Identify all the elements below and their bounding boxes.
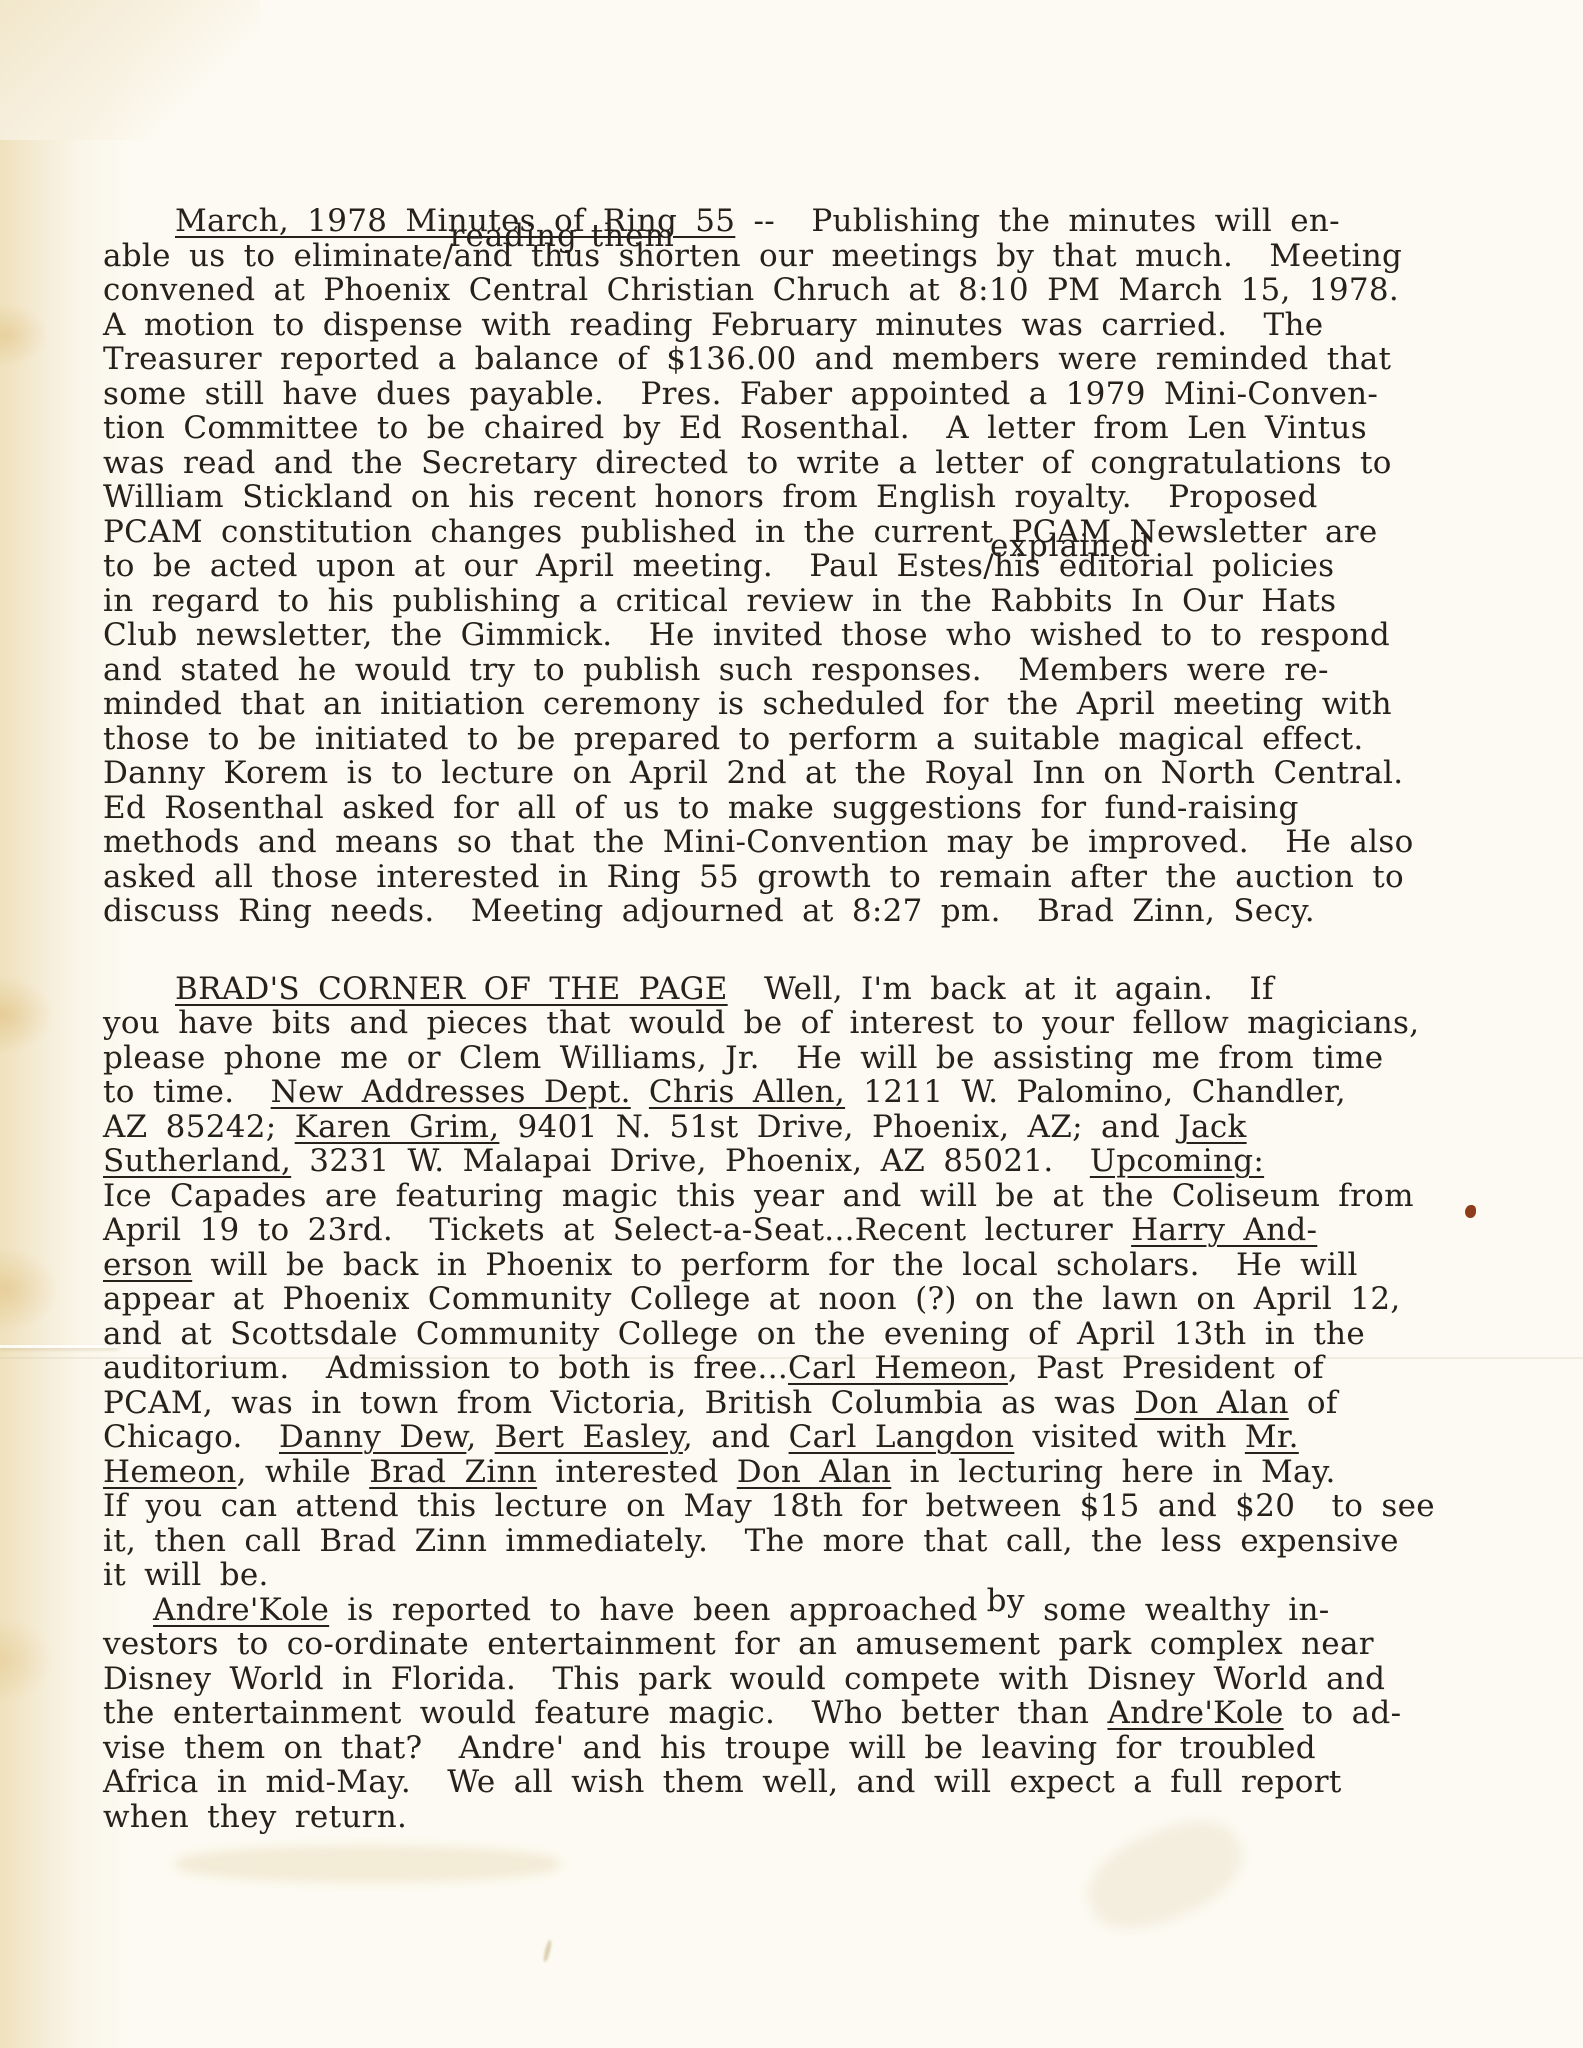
- text-line: minded that an initiation ceremony is sc…: [103, 687, 1495, 722]
- text-line: AZ 85242; Karen Grim, 9401 N. 51st Drive…: [103, 1110, 1495, 1145]
- text-run: to be acted upon at our April meeting. P…: [103, 548, 994, 584]
- text-run: visited with: [1014, 1419, 1245, 1455]
- underlined-text: Don Alan: [737, 1454, 892, 1490]
- text-run: you have bits and pieces that would be o…: [103, 1005, 1419, 1041]
- text-line: A motion to dispense with reading Februa…: [103, 308, 1495, 343]
- text-line: Ice Capades are featuring magic this yea…: [103, 1179, 1495, 1214]
- typed-insertion: reading them: [450, 219, 675, 254]
- text-line: Danny Korem is to lecture on April 2nd a…: [103, 756, 1495, 791]
- underlined-text: Brad Zinn: [369, 1454, 537, 1490]
- text-run: AZ 85242;: [103, 1109, 295, 1145]
- text-run: minded that an initiation ceremony is sc…: [103, 686, 1392, 722]
- paper-corner-shading: [0, 0, 260, 140]
- text-run: Ice Capades are featuring magic this yea…: [103, 1178, 1414, 1214]
- text-run: was read and the Secretary directed to w…: [103, 445, 1392, 481]
- text-line: BRAD'S CORNER OF THE PAGE Well, I'm back…: [103, 972, 1495, 1007]
- paragraph-andre-kole: Andre'Kole is reported to have been appr…: [103, 1593, 1495, 1835]
- overtyped-text: his editexplained: [994, 548, 1121, 584]
- text-line: Ed Rosenthal asked for all of us to make…: [103, 791, 1495, 826]
- text-run: it, then call Brad Zinn immediately. The…: [103, 1523, 1399, 1559]
- overtyped-text: and thus shoreading them: [454, 238, 674, 274]
- text-line: April 19 to 23rd. Tickets at Select-a-Se…: [103, 1213, 1495, 1248]
- text-run: asked all those interested in Ring 55 gr…: [103, 859, 1404, 895]
- text-line: in regard to his publishing a critical r…: [103, 584, 1495, 619]
- underlined-text: Carl Hemeon: [788, 1350, 1008, 1386]
- text-line: you have bits and pieces that would be o…: [103, 1006, 1495, 1041]
- text-line: PCAM constitution changes published in t…: [103, 515, 1495, 550]
- text-line: If you can attend this lecture on May 18…: [103, 1489, 1495, 1524]
- text-run: when they return.: [103, 1799, 407, 1835]
- paper-crease-left: [0, 1345, 118, 1348]
- typed-insertion: explained: [990, 529, 1151, 564]
- text-line: William Stickland on his recent honors f…: [103, 480, 1495, 515]
- text-line: and stated he would try to publish such …: [103, 653, 1495, 688]
- underlined-text: Don Alan: [1134, 1385, 1289, 1421]
- text-line: please phone me or Clem Williams, Jr. He…: [103, 1041, 1495, 1076]
- text-run: rten our meetings by that much. Meeting: [674, 238, 1402, 274]
- text-run: 9401 N. 51st Drive, Phoenix, AZ; and: [499, 1109, 1178, 1145]
- underlined-text: Danny Dew: [279, 1419, 466, 1455]
- text-run: able us to eliminate/: [103, 238, 454, 274]
- text-run: A motion to dispense with reading Februa…: [103, 307, 1323, 343]
- text-line: Chicago. Danny Dew, Bert Easley, and Car…: [103, 1420, 1495, 1455]
- text-line: methods and means so that the Mini-Conve…: [103, 825, 1495, 860]
- underlined-text: Andre'Kole: [153, 1592, 329, 1628]
- underlined-text: Harry And-: [1131, 1212, 1317, 1248]
- text-line: to be acted upon at our April meeting. P…: [103, 549, 1495, 584]
- underlined-text: BRAD'S CORNER OF THE PAGE: [175, 971, 728, 1007]
- text-line: the entertainment would feature magic. W…: [103, 1696, 1495, 1731]
- text-run: and stated he would try to publish such …: [103, 652, 1329, 688]
- text-line: Disney World in Florida. This park would…: [103, 1662, 1495, 1697]
- underlined-text: New Addresses Dept.: [271, 1074, 631, 1110]
- text-line: those to be initiated to be prepared to …: [103, 722, 1495, 757]
- text-run: -- Publishing the minutes will en-: [735, 203, 1340, 239]
- text-line: appear at Phoenix Community College at n…: [103, 1282, 1495, 1317]
- raised-typed-word: by: [987, 1583, 1025, 1619]
- text-run: ,: [466, 1419, 494, 1455]
- small-smudge-mark: [542, 1940, 552, 1963]
- underlined-text: Carl Langdon: [789, 1419, 1015, 1455]
- text-run: discuss Ring needs. Meeting adjourned at…: [103, 893, 1315, 929]
- text-run: some wealthy in-: [1025, 1592, 1330, 1628]
- text-run: , Past President of: [1008, 1350, 1324, 1386]
- text-run: appear at Phoenix Community College at n…: [103, 1281, 1401, 1317]
- underlined-text: Hemeon: [103, 1454, 237, 1490]
- text-run: PCAM, was in town from Victoria, British…: [103, 1385, 1134, 1421]
- typewritten-text-block: March, 1978 Minutes of Ring 55 -- Publis…: [103, 204, 1495, 1834]
- text-run: please phone me or Clem Williams, Jr. He…: [103, 1040, 1383, 1076]
- text-run: tion Committee to be chaired by Ed Rosen…: [103, 410, 1367, 446]
- text-line: some still have dues payable. Pres. Fabe…: [103, 377, 1495, 412]
- text-run: it will be.: [103, 1557, 269, 1593]
- text-line: it will be.: [103, 1558, 1495, 1593]
- text-run: vestors to co-ordinate entertainment for…: [103, 1626, 1374, 1662]
- text-run: and at Scottsdale Community College on t…: [103, 1316, 1365, 1352]
- underlined-text: Jack: [1178, 1109, 1246, 1145]
- text-run: vise them on that? Andre' and his troupe…: [103, 1730, 1316, 1766]
- text-line: and at Scottsdale Community College on t…: [103, 1317, 1495, 1352]
- text-line: Hemeon, while Brad Zinn interested Don A…: [103, 1455, 1495, 1490]
- text-run: is reported to have been approached: [329, 1592, 977, 1628]
- text-line: tion Committee to be chaired by Ed Rosen…: [103, 411, 1495, 446]
- text-run: April 19 to 23rd. Tickets at Select-a-Se…: [103, 1212, 1131, 1248]
- text-run: those to be initiated to be prepared to …: [103, 721, 1364, 757]
- text-line: erson will be back in Phoenix to perform…: [103, 1248, 1495, 1283]
- text-line: it, then call Brad Zinn immediately. The…: [103, 1524, 1495, 1559]
- text-run: PCAM constitution changes published in t…: [103, 514, 1378, 550]
- underlined-text: Andre'Kole: [1107, 1695, 1283, 1731]
- text-run: to ad-: [1284, 1695, 1402, 1731]
- text-run: some still have dues payable. Pres. Fabe…: [103, 376, 1378, 412]
- text-run: Well, I'm back at it again. If: [728, 971, 1274, 1007]
- text-line: discuss Ring needs. Meeting adjourned at…: [103, 894, 1495, 929]
- underlined-text: Mr.: [1245, 1419, 1299, 1455]
- text-run: to time.: [103, 1074, 271, 1110]
- underlined-text: Chris Allen,: [649, 1074, 845, 1110]
- text-line: Sutherland, 3231 W. Malapai Drive, Phoen…: [103, 1144, 1495, 1179]
- text-run: William Stickland on his recent honors f…: [103, 479, 1318, 515]
- paragraph-ring55-minutes: March, 1978 Minutes of Ring 55 -- Publis…: [103, 204, 1495, 929]
- text-run: If you can attend this lecture on May 18…: [103, 1488, 1435, 1524]
- text-run: the entertainment would feature magic. W…: [103, 1695, 1107, 1731]
- text-run: , while: [237, 1454, 370, 1490]
- text-line: Andre'Kole is reported to have been appr…: [103, 1593, 1495, 1628]
- underlined-text: Karen Grim,: [295, 1109, 500, 1145]
- text-line: Africa in mid-May. We all wish them well…: [103, 1765, 1495, 1800]
- underlined-text: Upcoming:: [1090, 1143, 1264, 1179]
- text-run: Disney World in Florida. This park would…: [103, 1661, 1385, 1697]
- text-line: March, 1978 Minutes of Ring 55 -- Publis…: [103, 204, 1495, 239]
- text-run: in regard to his publishing a critical r…: [103, 583, 1336, 619]
- text-run: of: [1289, 1385, 1338, 1421]
- text-line: Treasurer reported a balance of $136.00 …: [103, 342, 1495, 377]
- underlined-text: Bert Easley: [495, 1419, 683, 1455]
- text-line: asked all those interested in Ring 55 gr…: [103, 860, 1495, 895]
- text-run: Danny Korem is to lecture on April 2nd a…: [103, 755, 1403, 791]
- text-line: able us to eliminate/and thus shoreading…: [103, 239, 1495, 274]
- text-run: 1211 W. Palomino, Chandler,: [845, 1074, 1346, 1110]
- text-run: Ed Rosenthal asked for all of us to make…: [103, 790, 1299, 826]
- text-run: Chicago.: [103, 1419, 279, 1455]
- scanned-newsletter-page: March, 1978 Minutes of Ring 55 -- Publis…: [0, 0, 1583, 2048]
- text-run: , and: [683, 1419, 789, 1455]
- underlined-text: Sutherland,: [103, 1143, 291, 1179]
- text-run: Africa in mid-May. We all wish them well…: [103, 1764, 1342, 1800]
- faded-ink-smudge: [175, 1846, 560, 1882]
- text-line: vise them on that? Andre' and his troupe…: [103, 1731, 1495, 1766]
- text-line: was read and the Secretary directed to w…: [103, 446, 1495, 481]
- text-run: convened at Phoenix Central Christian Ch…: [103, 272, 1399, 308]
- paragraph-brads-corner: BRAD'S CORNER OF THE PAGE Well, I'm back…: [103, 972, 1495, 1593]
- text-run: in lecturing here in May.: [891, 1454, 1335, 1490]
- text-line: convened at Phoenix Central Christian Ch…: [103, 273, 1495, 308]
- text-run: auditorium. Admission to both is free...: [103, 1350, 788, 1386]
- text-run: 3231 W. Malapai Drive, Phoenix, AZ 85021…: [291, 1143, 1090, 1179]
- text-run: Treasurer reported a balance of $136.00 …: [103, 341, 1391, 377]
- text-line: vestors to co-ordinate entertainment for…: [103, 1627, 1495, 1662]
- text-run: orial policies: [1121, 548, 1335, 584]
- text-run: [631, 1074, 649, 1110]
- text-line: auditorium. Admission to both is free...…: [103, 1351, 1495, 1386]
- text-run: interested: [537, 1454, 737, 1490]
- text-line: Club newsletter, the Gimmick. He invited…: [103, 618, 1495, 653]
- text-line: PCAM, was in town from Victoria, British…: [103, 1386, 1495, 1421]
- text-line: when they return.: [103, 1800, 1495, 1835]
- text-run: will be back in Phoenix to perform for t…: [192, 1247, 1357, 1283]
- underlined-text: erson: [103, 1247, 192, 1283]
- text-run: methods and means so that the Mini-Conve…: [103, 824, 1414, 860]
- text-line: to time. New Addresses Dept. Chris Allen…: [103, 1075, 1495, 1110]
- text-run: Club newsletter, the Gimmick. He invited…: [103, 617, 1390, 653]
